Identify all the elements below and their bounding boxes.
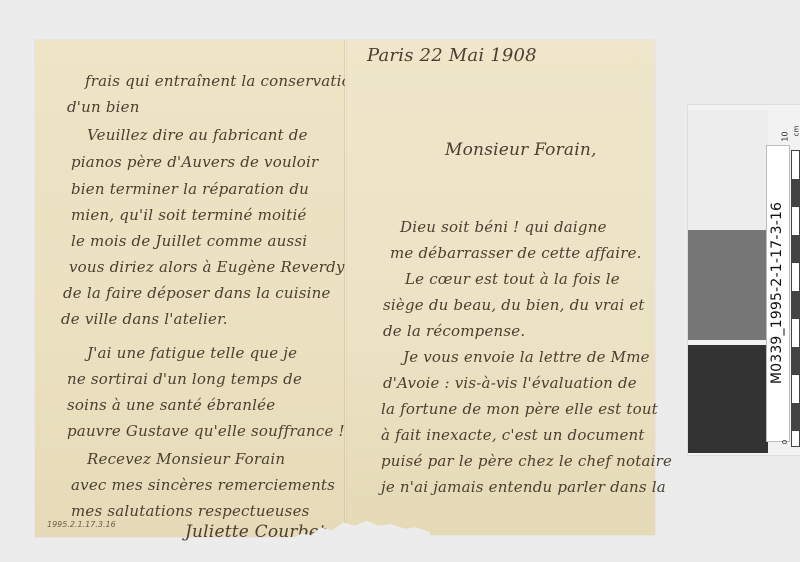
letter-left-page: frais qui entraînent la conservation d'u… <box>35 40 345 537</box>
handwritten-line: me débarrasser de cette affaire. <box>390 244 642 262</box>
salutation: Monsieur Forain, <box>445 140 597 160</box>
handwritten-line: siège du beau, du bien, du vrai et <box>383 296 645 314</box>
handwritten-line: la fortune de mon père elle est tout <box>381 400 658 418</box>
handwritten-line: ne sortirai d'un long temps de <box>67 370 302 388</box>
ruler-max-label: 10 <box>781 131 790 141</box>
handwritten-line: puisé par le père chez le chef notaire <box>381 452 672 470</box>
handwritten-line: Dieu soit béni ! qui daigne <box>400 218 607 236</box>
handwritten-line: soins à une santé ébranlée <box>67 396 275 414</box>
grey-swatch <box>688 230 768 340</box>
color-calibration-card: M0339_1995-2-1-17-3-16 cm 10 0 <box>688 105 800 455</box>
handwritten-line: de ville dans l'atelier. <box>61 310 228 328</box>
accession-number: 1995.2.1.17.3.16 <box>47 520 116 529</box>
card-label: M0339_1995-2-1-17-3-16 <box>769 202 785 384</box>
white-swatch <box>688 110 768 230</box>
handwritten-line: vous diriez alors à Eugène Reverdy <box>69 258 345 276</box>
handwritten-line: pianos père d'Auvers de vouloir <box>71 153 318 171</box>
handwritten-line: d'Avoie : vis-à-vis l'évaluation de <box>383 374 637 392</box>
handwritten-line: le mois de Juillet comme aussi <box>71 232 307 250</box>
letter: frais qui entraînent la conservation d'u… <box>35 40 655 537</box>
letter-right-page: Paris 22 Mai 1908 Monsieur Forain, Dieu … <box>345 40 655 535</box>
handwritten-line: de la récompense. <box>383 322 525 340</box>
handwritten-line: je n'ai jamais entendu parler dans la <box>381 478 666 496</box>
handwritten-line: d'un bien <box>67 98 140 116</box>
handwritten-line: J'ai une fatigue telle que je <box>87 344 297 362</box>
handwritten-line: à fait inexacte, c'est un document <box>381 426 645 444</box>
handwritten-line: frais qui entraînent la conservation <box>85 72 361 90</box>
ruler-min-label: 0 <box>781 440 789 444</box>
handwritten-line: mien, qu'il soit terminé moitié <box>71 206 307 224</box>
handwritten-line: pauvre Gustave qu'elle souffrance ! <box>67 422 345 440</box>
black-swatch <box>688 345 768 453</box>
handwritten-line: Je vous envoie la lettre de Mme <box>403 348 650 366</box>
letter-date: Paris 22 Mai 1908 <box>367 45 537 66</box>
handwritten-line: mes salutations respectueuses <box>71 502 310 520</box>
page-fold <box>344 40 347 537</box>
handwritten-line: de la faire déposer dans la cuisine <box>63 284 331 302</box>
ruler-unit: cm <box>792 126 800 137</box>
handwritten-line: Veuillez dire au fabricant de <box>87 126 308 144</box>
handwritten-line: bien terminer la réparation du <box>71 180 309 198</box>
handwritten-line: avec mes sincères remerciements <box>71 476 335 494</box>
scale-ruler <box>791 150 800 447</box>
handwritten-line: Le cœur est tout à la fois le <box>405 270 620 288</box>
handwritten-line: Recevez Monsieur Forain <box>87 450 285 468</box>
